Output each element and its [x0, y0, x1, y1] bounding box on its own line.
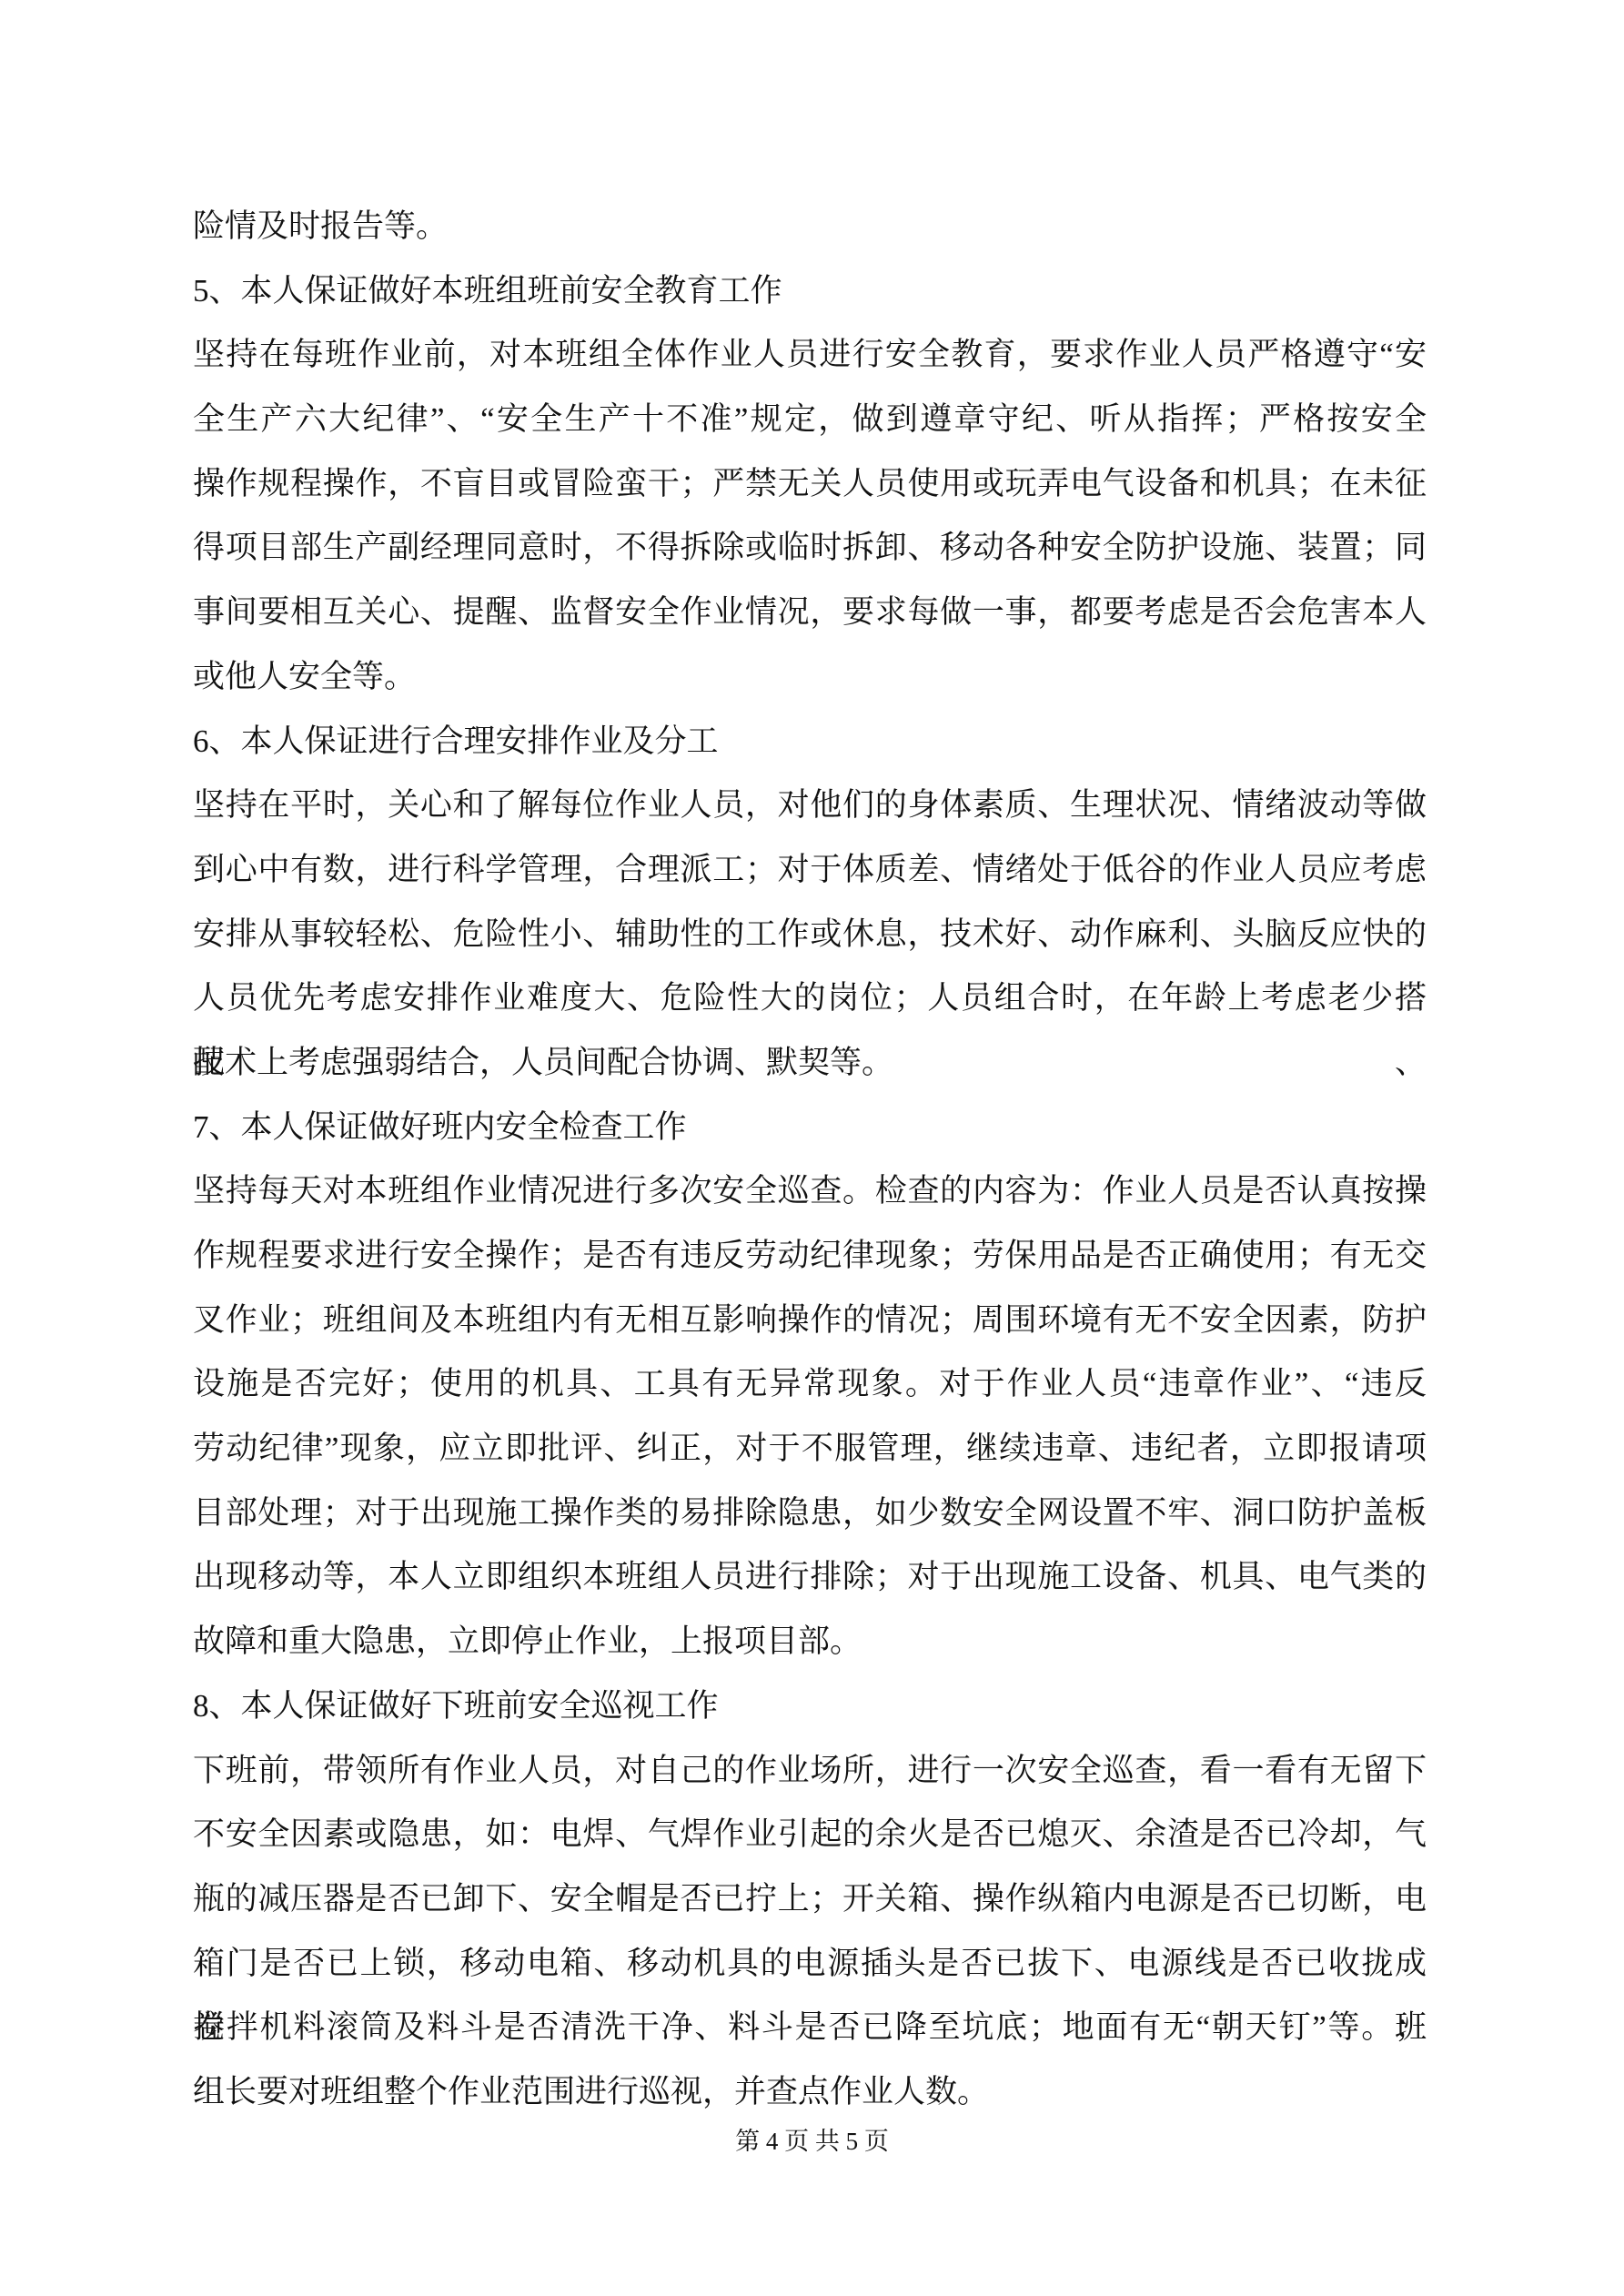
body-line: 箱门是否已上锁，移动电箱、移动机具的电源插头是否已拔下、电源线是否已收拢成卷；	[193, 1932, 1427, 1997]
body-line: 瓶的减压器是否已卸下、安全帽是否已拧上；开关箱、操作纵箱内电源是否已切断，电	[193, 1867, 1427, 1932]
body-line: 设施是否完好；使用的机具、工具有无异常现象。对于作业人员“违章作业”、“违反	[193, 1352, 1427, 1417]
heading-line: 7、本人保证做好班内安全检查工作	[193, 1096, 1427, 1160]
heading-line: 5、本人保证做好本班组班前安全教育工作	[193, 259, 1427, 324]
body-line: 不安全因素或隐患，如：电焊、气焊作业引起的余火是否已熄灭、余渣是否已冷却，气	[193, 1803, 1427, 1867]
page-footer: 第 4 页 共 5 页	[0, 2126, 1624, 2157]
body-line: 搅拌机料滚筒及料斗是否清洗干净、料斗是否已降至坑底；地面有无“朝天钉”等。班	[193, 1996, 1427, 2060]
paragraph-end-line: 故障和重大隐患，立即停止作业，上报项目部。	[193, 1610, 1427, 1674]
body-line: 坚持每天对本班组作业情况进行多次安全巡查。检查的内容为：作业人员是否认真按操	[193, 1159, 1427, 1224]
body-line: 得项目部生产副经理同意时，不得拆除或临时拆卸、移动各种安全防护设施、装置；同	[193, 516, 1427, 581]
document-text: 险情及时报告等。5、本人保证做好本班组班前安全教育工作坚持在每班作业前，对本班组…	[193, 195, 1427, 2125]
body-line: 劳动纪律”现象，应立即批评、纠正，对于不服管理，继续违章、违纪者，立即报请项	[193, 1417, 1427, 1482]
body-line: 作规程要求进行安全操作；是否有违反劳动纪律现象；劳保用品是否正确使用；有无交	[193, 1224, 1427, 1289]
body-line: 叉作业；班组间及本班组内有无相互影响操作的情况；周围环境有无不安全因素，防护	[193, 1289, 1427, 1353]
body-line: 事间要相互关心、提醒、监督安全作业情况，要求每做一事，都要考虑是否会危害本人	[193, 581, 1427, 645]
heading-line: 8、本人保证做好下班前安全巡视工作	[193, 1674, 1427, 1739]
body-line: 操作规程操作，不盲目或冒险蛮干；严禁无关人员使用或玩弄电气设备和机具；在未征	[193, 452, 1427, 517]
body-line: 到心中有数，进行科学管理，合理派工；对于体质差、情绪处于低谷的作业人员应考虑	[193, 838, 1427, 903]
body-line: 目部处理；对于出现施工操作类的易排除隐患，如少数安全网设置不牢、洞口防护盖板	[193, 1482, 1427, 1546]
body-line: 坚持在平时，关心和了解每位作业人员，对他们的身体素质、生理状况、情绪波动等做	[193, 774, 1427, 838]
body-line: 下班前，带领所有作业人员，对自己的作业场所，进行一次安全巡查，看一看有无留下	[193, 1739, 1427, 1804]
paragraph-end-line: 险情及时报告等。	[193, 195, 1427, 259]
body-line: 坚持在每班作业前，对本班组全体作业人员进行安全教育，要求作业人员严格遵守“安	[193, 323, 1427, 388]
heading-line: 6、本人保证进行合理安排作业及分工	[193, 710, 1427, 774]
document-page: 险情及时报告等。5、本人保证做好本班组班前安全教育工作坚持在每班作业前，对本班组…	[0, 0, 1624, 2296]
paragraph-end-line: 或他人安全等。	[193, 645, 1427, 710]
body-line: 出现移动等，本人立即组织本班组人员进行排除；对于出现施工设备、机具、电气类的	[193, 1545, 1427, 1610]
body-line: 全生产六大纪律”、“安全生产十不准”规定，做到遵章守纪、听从指挥；严格按安全	[193, 388, 1427, 452]
body-line: 人员优先考虑安排作业难度大、危险性大的岗位；人员组合时，在年龄上考虑老少搭配、	[193, 966, 1427, 1031]
paragraph-end-line: 组长要对班组整个作业范围进行巡视，并查点作业人数。	[193, 2060, 1427, 2125]
body-line: 安排从事较轻松、危险性小、辅助性的工作或休息，技术好、动作麻利、头脑反应快的	[193, 903, 1427, 967]
